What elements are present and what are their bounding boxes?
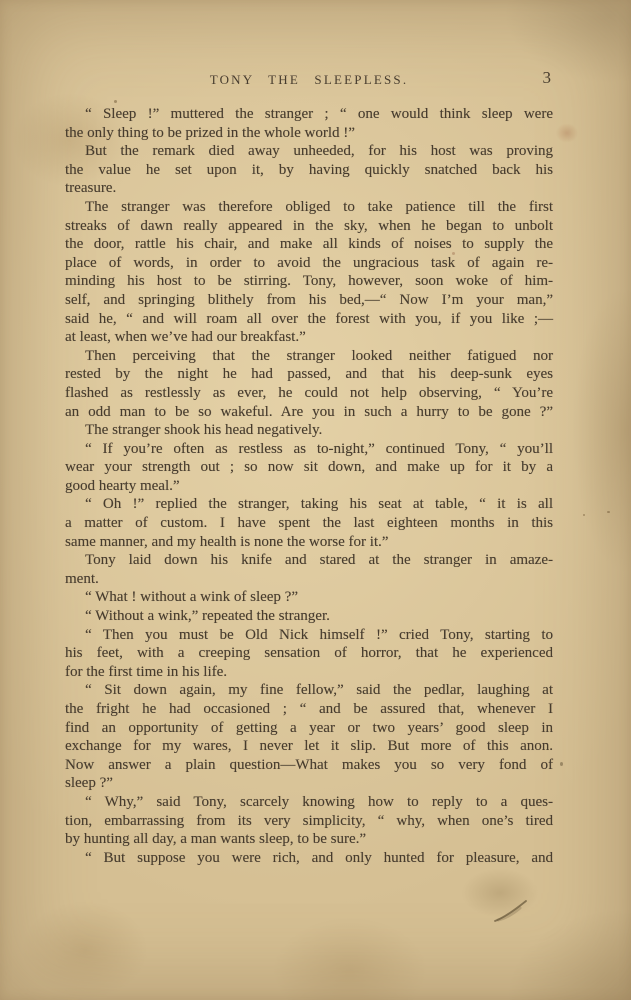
paragraph: “ What ! without a wink of sleep ?” [65,588,553,607]
text-line: good hearty meal.” [65,477,553,496]
text-line: an odd man to be so wakeful. Are you in … [65,403,553,422]
paragraph: “ Oh !” replied the stranger, taking his… [65,495,553,551]
text-line: “ But suppose you were rich, and only hu… [65,849,553,868]
page-number: 3 [543,68,552,88]
paragraph: The stranger shook his head negatively. [65,421,553,440]
book-page-scan: TONY THE SLEEPLESS. 3 “ Sleep !” muttere… [0,0,631,1000]
text-line: “ Without a wink,” repeated the stranger… [65,607,553,626]
paragraph: “ Sleep !” muttered the stranger ; “ one… [65,105,553,142]
text-line: “ What ! without a wink of sleep ?” [65,588,553,607]
text-line: “ Sleep !” muttered the stranger ; “ one… [65,105,553,124]
paragraph: “ Sit down again, my fine fellow,” said … [65,681,553,793]
text-line: sleep ?” [65,774,553,793]
text-block: “ Sleep !” muttered the stranger ; “ one… [65,105,553,867]
paper-speck [114,100,117,103]
text-line: “ Sit down again, my fine fellow,” said … [65,681,553,700]
text-line: the value he set upon it, by having quic… [65,161,553,180]
paragraph: The stranger was therefore obliged to ta… [65,198,553,347]
text-line: place of words, in order to avoid the un… [65,254,553,273]
text-line: “ Oh !” replied the stranger, taking his… [65,495,553,514]
paragraph: Tony laid down his knife and stared at t… [65,551,553,588]
pencil-mark [490,896,542,928]
text-line: “ Then you must be Old Nick himself !” c… [65,626,553,645]
text-line: rested by the night he had passed, and t… [65,365,553,384]
text-line: tion, embarrassing from its very simplic… [65,812,553,831]
text-line: The stranger shook his head negatively. [65,421,553,440]
text-line: The stranger was therefore obliged to ta… [65,198,553,217]
text-line: flashed as restlessly as ever, he could … [65,384,553,403]
text-line: the fright he had occasioned ; “ and be … [65,700,553,719]
paragraph: “ Why,” said Tony, scarcely knowing how … [65,793,553,849]
text-line: But the remark died away unheeded, for h… [65,142,553,161]
paragraph: “ If you’re often as restless as to-nigh… [65,440,553,496]
text-line: at least, when we’ve had our breakfast.” [65,328,553,347]
paragraph: “ But suppose you were rich, and only hu… [65,849,553,868]
text-line: by hunting all day, a man wants sleep, t… [65,830,553,849]
text-line: find an opportunity of getting a year or… [65,719,553,738]
text-line: self, and springing blithely from his be… [65,291,553,310]
paragraph: “ Then you must be Old Nick himself !” c… [65,626,553,682]
text-line: his feet, with a creeping sensation of h… [65,644,553,663]
running-title: TONY THE SLEEPLESS. [210,72,409,87]
text-line: “ If you’re often as restless as to-nigh… [65,440,553,459]
text-line: streaks of dawn really appeared in the s… [65,217,553,236]
text-line: ment. [65,570,553,589]
paragraph: Then perceiving that the stranger looked… [65,347,553,421]
text-line: a matter of custom. I have spent the las… [65,514,553,533]
paper-speck [452,252,455,255]
running-header: TONY THE SLEEPLESS. 3 [65,70,553,92]
text-line: for the first time in his life. [65,663,553,682]
text-line: minding his host to be stirring. Tony, h… [65,272,553,291]
text-line: exchange for my wares, I never let it sl… [65,737,553,756]
paragraph: But the remark died away unheeded, for h… [65,142,553,198]
text-line: “ Why,” said Tony, scarcely knowing how … [65,793,553,812]
paper-speck [607,511,610,513]
paper-speck [583,514,585,516]
text-line: the door, rattle his chair, and make all… [65,235,553,254]
paper-speck [560,762,563,766]
text-line: wear your strength out ; so now sit down… [65,458,553,477]
text-line: Then perceiving that the stranger looked… [65,347,553,366]
text-line: Now answer a plain question—What makes y… [65,756,553,775]
text-line: the only thing to be prized in the whole… [65,124,553,143]
text-line: said he, “ and will roam all over the fo… [65,310,553,329]
text-line: Tony laid down his knife and stared at t… [65,551,553,570]
text-line: same manner, and my health is none the w… [65,533,553,552]
text-line: treasure. [65,179,553,198]
paragraph: “ Without a wink,” repeated the stranger… [65,607,553,626]
